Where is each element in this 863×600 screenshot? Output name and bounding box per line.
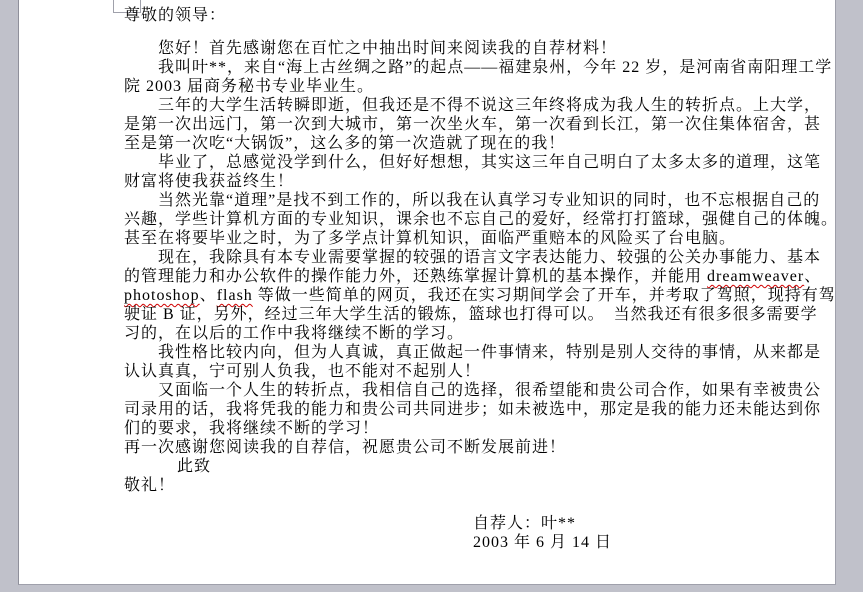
text-segment: 又面临一个人生的转折点，我相信自己的选择，很希望能和贵公司合作，如果有幸被贵公 [158,382,821,399]
word-processor-document-view: 尊敬的领导：您好！首先感谢您在百忙之中抽出时间来阅读我的自荐材料！我叫叶**，来… [0,0,863,600]
misspelled-word: photoshop [124,287,200,304]
text-segment: 再一次感谢您阅读我的自荐信，祝愿贵公司不断发展前进！ [124,439,566,456]
letter-line [124,495,836,514]
letter-line: 此致 [124,457,836,476]
letter-line: 兴趣，学些计算机方面的专业知识，课余也不忘自己的爱好，经常打打篮球，强健自己的体… [124,210,836,229]
letter-line: 是第一次出远门，第一次到大城市，第一次坐火车，第一次看到长江，第一次住集体宿舍，… [124,115,836,134]
text-segment: 习的，在以后的工作中我将继续不断的学习。 [124,325,464,342]
text-segment: 甚至在将要毕业之时，为了多学点计算机知识，面临严重赔本的风险买了台电脑。 [124,230,736,247]
horizontal-scrollbar[interactable] [0,592,863,600]
misspelled-word: flash [217,287,253,304]
salutation-line: 尊敬的领导： [124,6,836,25]
signature-line: 自荐人：叶** [473,514,836,533]
text-segment: 、 [200,287,217,304]
letter-line: 们的要求，我将继续不断的学习！ [124,419,836,438]
text-segment: 毕业了，总感觉没学到什么，但好好想想，其实这三年自己明白了太多太多的道理，这笔 [158,154,821,171]
letter-content: 尊敬的领导：您好！首先感谢您在百忙之中抽出时间来阅读我的自荐材料！我叫叶**，来… [124,6,836,552]
letter-line: 毕业了，总感觉没学到什么，但好好想想，其实这三年自己明白了太多太多的道理，这笔 [124,153,836,172]
text-segment: 敬礼！ [124,477,175,494]
text-segment: 等做一些简单的网页，我还在实习期间学会了开车，并考取了驾照，现持有驾 [253,287,836,304]
document-page[interactable]: 尊敬的领导：您好！首先感谢您在百忙之中抽出时间来阅读我的自荐材料！我叫叶**，来… [18,0,836,585]
letter-line: 您好！首先感谢您在百忙之中抽出时间来阅读我的自荐材料！ [124,39,836,58]
letter-line: 我叫叶**，来自“海上古丝绸之路”的起点——福建泉州，今年 22 岁，是河南省南… [124,58,836,77]
signature-line: 2003 年 6 月 14 日 [473,533,836,552]
text-segment: 我性格比较内向，但为人真诚，真正做起一件事情来，特别是别人交待的事情，从来都是 [158,344,821,361]
misspelled-word: dreamweaver [707,268,804,285]
text-segment: 2003 年 6 月 14 日 [473,534,612,551]
letter-line: 司录用的话，我将凭我的能力和贵公司共同进步；如未被选中，那定是我的能力还未能达到… [124,400,836,419]
letter-line: 至是第一次吃“大锅饭”，这么多的第一次造就了现在的我！ [124,134,836,153]
letter-line: photoshop、flash 等做一些简单的网页，我还在实习期间学会了开车，并… [124,286,836,305]
letter-line: 现在，我除具有本专业需要掌握的较强的语言文字表达能力、较强的公关办事能力、基本 [124,248,836,267]
text-segment: 自荐人：叶** [473,515,576,532]
letter-line: 认认真真，宁可别人负我，也不能对不起别人！ [124,362,836,381]
letter-line: 敬礼！ [124,476,836,495]
letter-line: 三年的大学生活转瞬即逝，但我还是不得不说这三年终将成为我人生的转折点。上大学， [124,96,836,115]
text-segment: 院 2003 届商务秘书专业毕业生。 [124,78,374,95]
text-segment: 我叫叶**，来自“海上古丝绸之路”的起点——福建泉州，今年 22 岁，是河南省南… [158,59,832,76]
text-segment: 司录用的话，我将凭我的能力和贵公司共同进步；如未被选中，那定是我的能力还未能达到… [124,401,821,418]
text-segment: 的管理能力和办公软件的操作能力外，还熟练掌握计算机的基本操作，并能用 [124,268,707,285]
letter-line: 再一次感谢您阅读我的自荐信，祝愿贵公司不断发展前进！ [124,438,836,457]
text-segment: 们的要求，我将继续不断的学习！ [124,420,379,437]
text-segment: 您好！首先感谢您在百忙之中抽出时间来阅读我的自荐材料！ [158,40,617,57]
text-segment: 认认真真，宁可别人负我，也不能对不起别人！ [124,363,481,380]
letter-line: 我性格比较内向，但为人真诚，真正做起一件事情来，特别是别人交待的事情，从来都是 [124,343,836,362]
text-segment: 至是第一次吃“大锅饭”，这么多的第一次造就了现在的我！ [124,135,565,152]
text-segment: 当然光靠“道理”是找不到工作的，所以我在认真学习专业知识的同时，也不忘根据自己的 [158,192,820,209]
letter-line: 当然光靠“道理”是找不到工作的，所以我在认真学习专业知识的同时，也不忘根据自己的 [124,191,836,210]
letter-line: 院 2003 届商务秘书专业毕业生。 [124,77,836,96]
letter-line: 财富将使我获益终生！ [124,172,836,191]
text-segment: 现在，我除具有本专业需要掌握的较强的语言文字表达能力、较强的公关办事能力、基本 [158,249,821,266]
text-segment: 兴趣，学些计算机方面的专业知识，课余也不忘自己的爱好，经常打打篮球，强健自己的体… [124,211,836,228]
text-segment: 此致 [177,458,211,475]
text-segment: 尊敬的领导： [124,7,226,24]
letter-line: 又面临一个人生的转折点，我相信自己的选择，很希望能和贵公司合作，如果有幸被贵公 [124,381,836,400]
letter-line: 的管理能力和办公软件的操作能力外，还熟练掌握计算机的基本操作，并能用 dream… [124,267,836,286]
text-segment: 财富将使我获益终生！ [124,173,294,190]
letter-line: 驶证 B 证，另外，经过三年大学生活的锻炼，篮球也打得可以。 当然我还有很多很多… [124,305,836,324]
letter-line: 习的，在以后的工作中我将继续不断的学习。 [124,324,836,343]
text-segment: 三年的大学生活转瞬即逝，但我还是不得不说这三年终将成为我人生的转折点。上大学， [158,97,821,114]
text-segment: 驶证 B 证，另外，经过三年大学生活的锻炼，篮球也打得可以。 当然我还有很多很多… [124,306,818,323]
letter-line: 甚至在将要毕业之时，为了多学点计算机知识，面临严重赔本的风险买了台电脑。 [124,229,836,248]
text-segment: 、 [804,268,821,285]
text-segment: 是第一次出远门，第一次到大城市，第一次坐火车，第一次看到长江，第一次住集体宿舍，… [124,116,821,133]
